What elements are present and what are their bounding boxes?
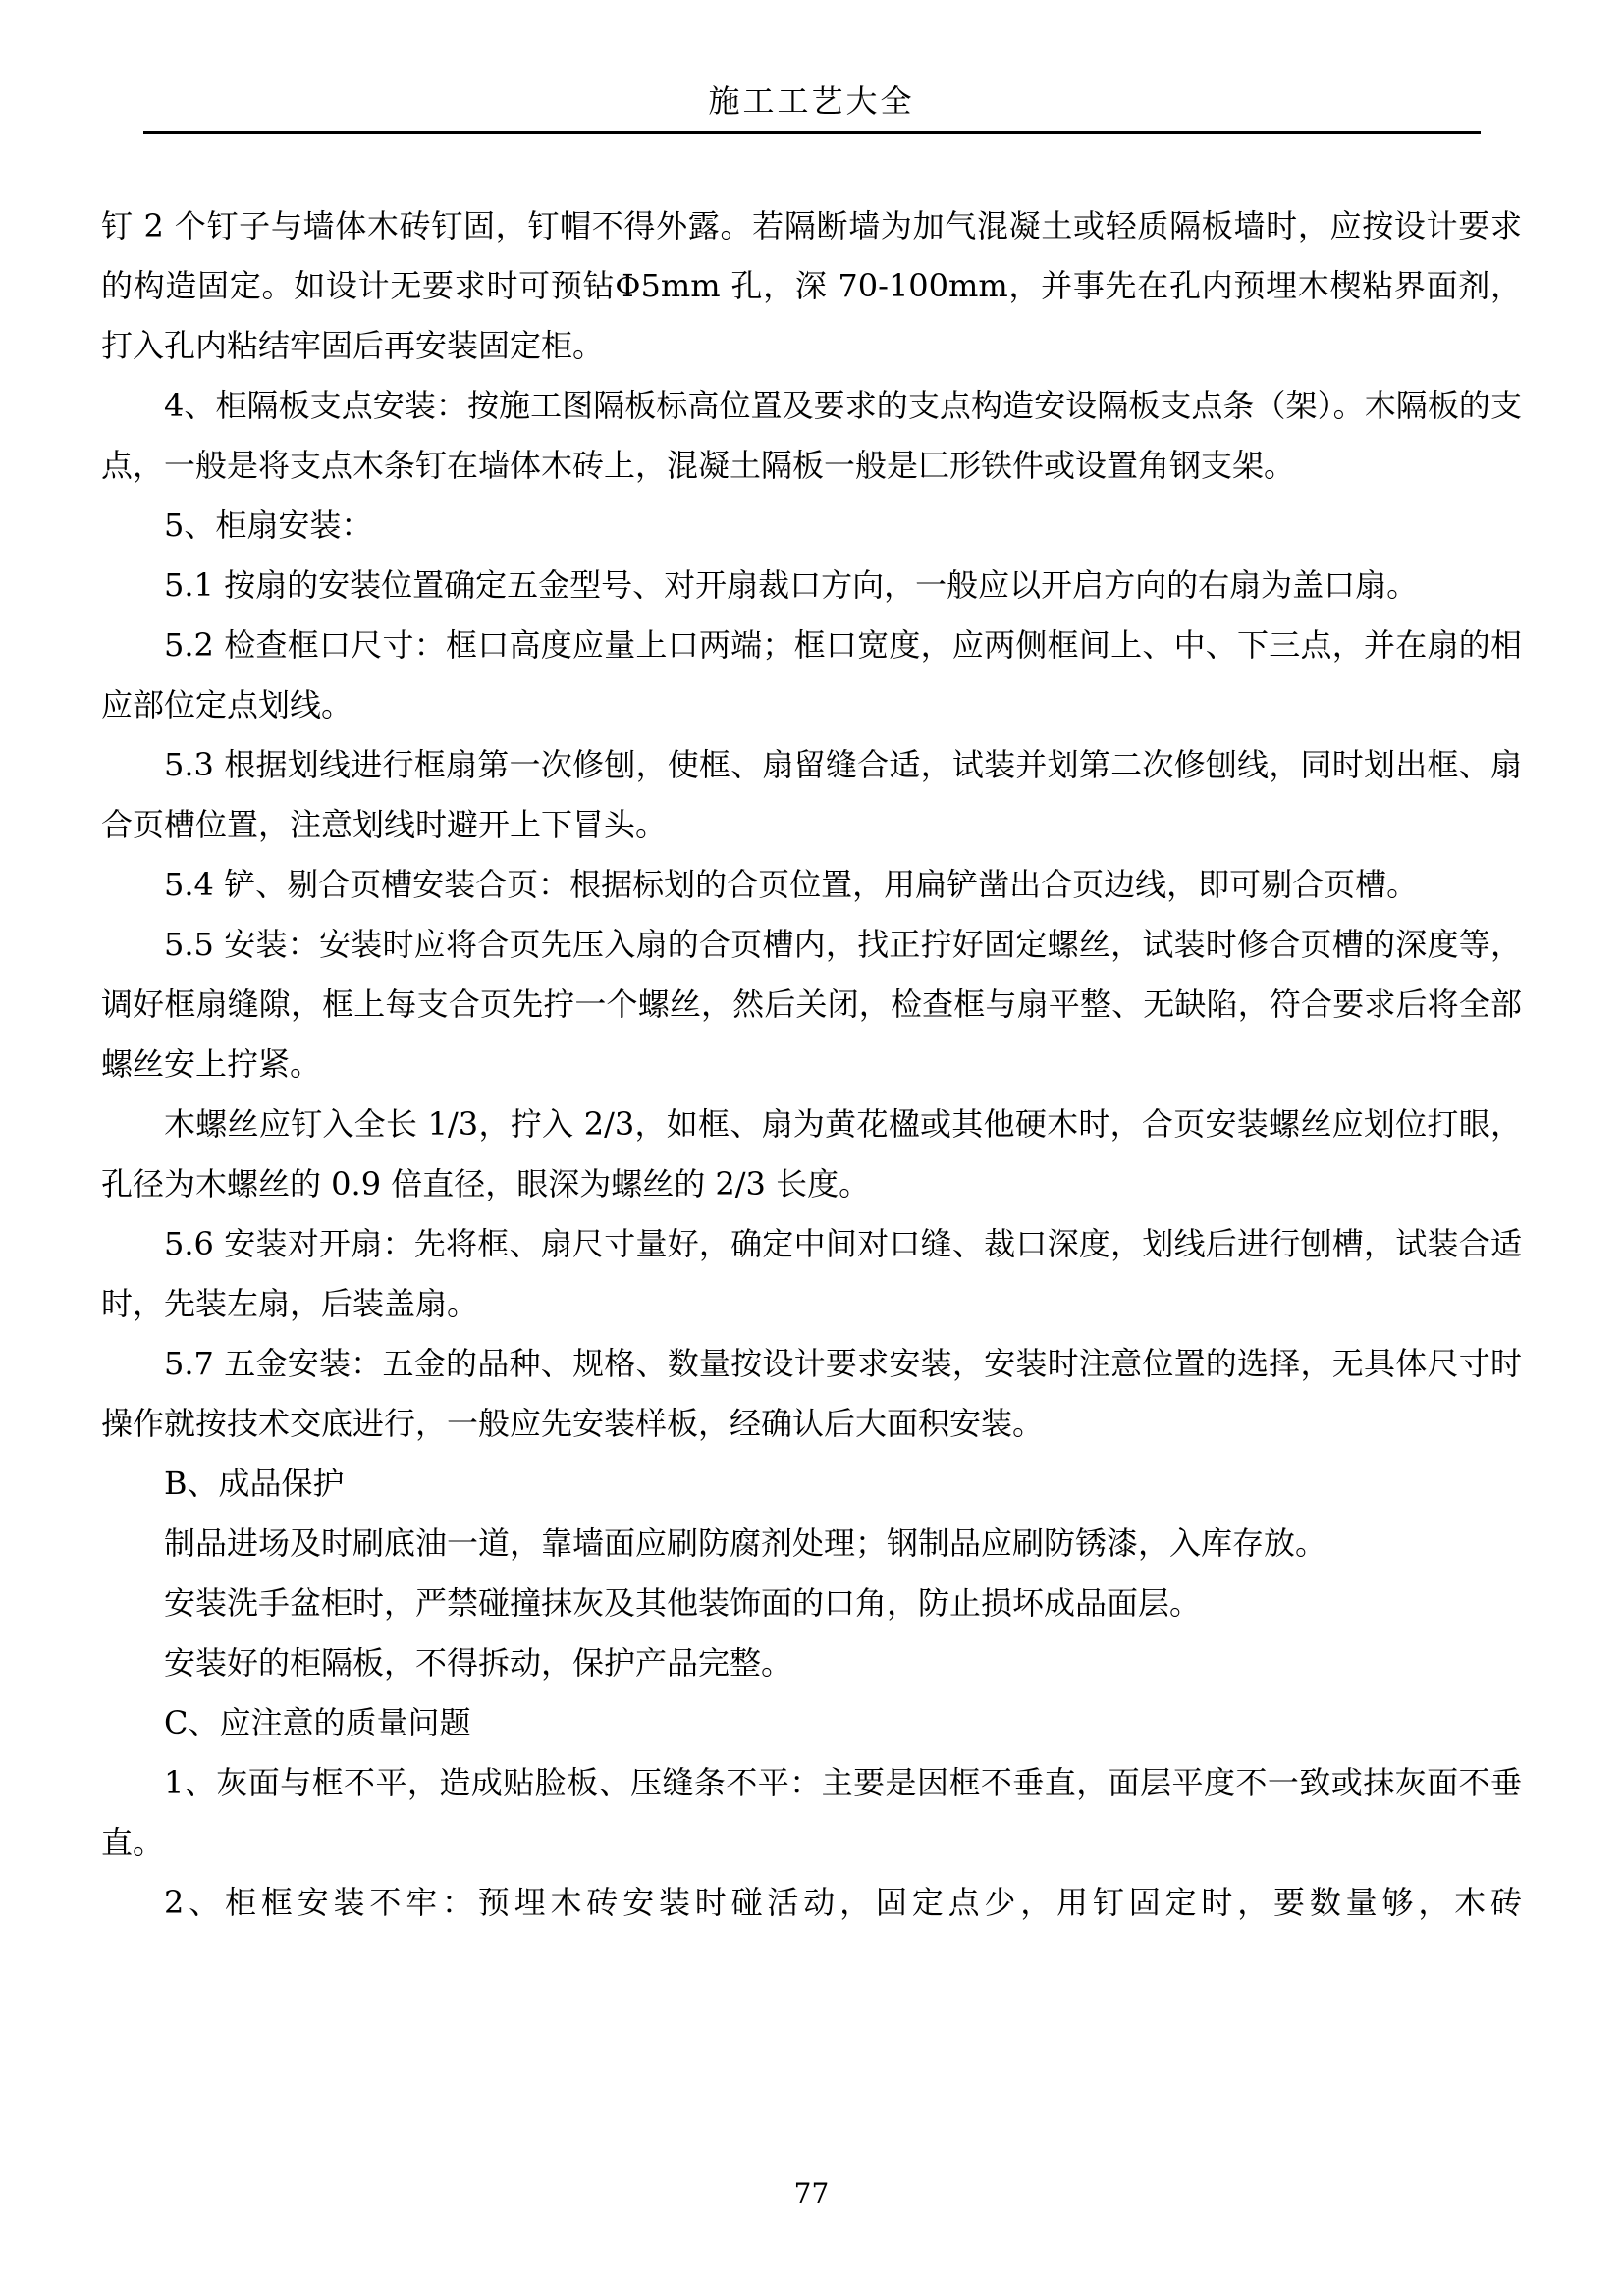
paragraph: 5、柜扇安装： (101, 496, 1522, 556)
paragraph: 4、柜隔板支点安装：按施工图隔板标高位置及要求的支点构造安设隔板支点条（架）。木… (101, 376, 1522, 496)
paragraph: 5.1 按扇的安装位置确定五金型号、对开扇裁口方向，一般应以开启方向的右扇为盖口… (101, 556, 1522, 615)
paragraph: 5.4 铲、剔合页槽安装合页：根据标划的合页位置，用扁铲凿出合页边线，即可剔合页… (101, 855, 1522, 915)
paragraph: 5.2 检查框口尺寸：框口高度应量上口两端；框口宽度，应两侧框间上、中、下三点，… (101, 615, 1522, 735)
page-footer: 77 (0, 2177, 1623, 2211)
paragraph: 5.5 安装：安装时应将合页先压入扇的合页槽内，找正拧好固定螺丝，试装时修合页槽… (101, 915, 1522, 1095)
page-header: 施工工艺大全 (0, 0, 1623, 134)
header-title: 施工工艺大全 (0, 0, 1623, 118)
paragraph: C、应注意的质量问题 (101, 1693, 1522, 1753)
paragraph: 安装好的柜隔板，不得拆动，保护产品完整。 (101, 1633, 1522, 1693)
document-body: 钉 2 个钉子与墙体木砖钉固，钉帽不得外露。若隔断墙为加气混凝土或轻质隔板墙时，… (101, 196, 1522, 1933)
paragraph: 2、柜框安装不牢：预埋木砖安装时碰活动，固定点少，用钉固定时，要数量够，木砖 (101, 1873, 1522, 1933)
paragraph: 钉 2 个钉子与墙体木砖钉固，钉帽不得外露。若隔断墙为加气混凝土或轻质隔板墙时，… (101, 196, 1522, 376)
document-page: 施工工艺大全 钉 2 个钉子与墙体木砖钉固，钉帽不得外露。若隔断墙为加气混凝土或… (0, 0, 1623, 2296)
paragraph: 5.7 五金安装：五金的品种、规格、数量按设计要求安装，安装时注意位置的选择，无… (101, 1334, 1522, 1454)
page-number: 77 (794, 2177, 830, 2210)
paragraph: 制品进场及时刷底油一道，靠墙面应刷防腐剂处理；钢制品应刷防锈漆，入库存放。 (101, 1514, 1522, 1574)
paragraph: 5.6 安装对开扇：先将框、扇尺寸量好，确定中间对口缝、裁口深度，划线后进行刨槽… (101, 1214, 1522, 1334)
paragraph: 1、灰面与框不平，造成贴脸板、压缝条不平：主要是因框不垂直，面层平度不一致或抹灰… (101, 1753, 1522, 1873)
paragraph: B、成品保护 (101, 1454, 1522, 1514)
header-rule (143, 131, 1481, 134)
paragraph: 5.3 根据划线进行框扇第一次修刨，使框、扇留缝合适，试装并划第二次修刨线，同时… (101, 735, 1522, 855)
paragraph: 木螺丝应钉入全长 1/3，拧入 2/3，如框、扇为黄花楹或其他硬木时，合页安装螺… (101, 1095, 1522, 1214)
paragraph: 安装洗手盆柜时，严禁碰撞抹灰及其他装饰面的口角，防止损坏成品面层。 (101, 1574, 1522, 1633)
